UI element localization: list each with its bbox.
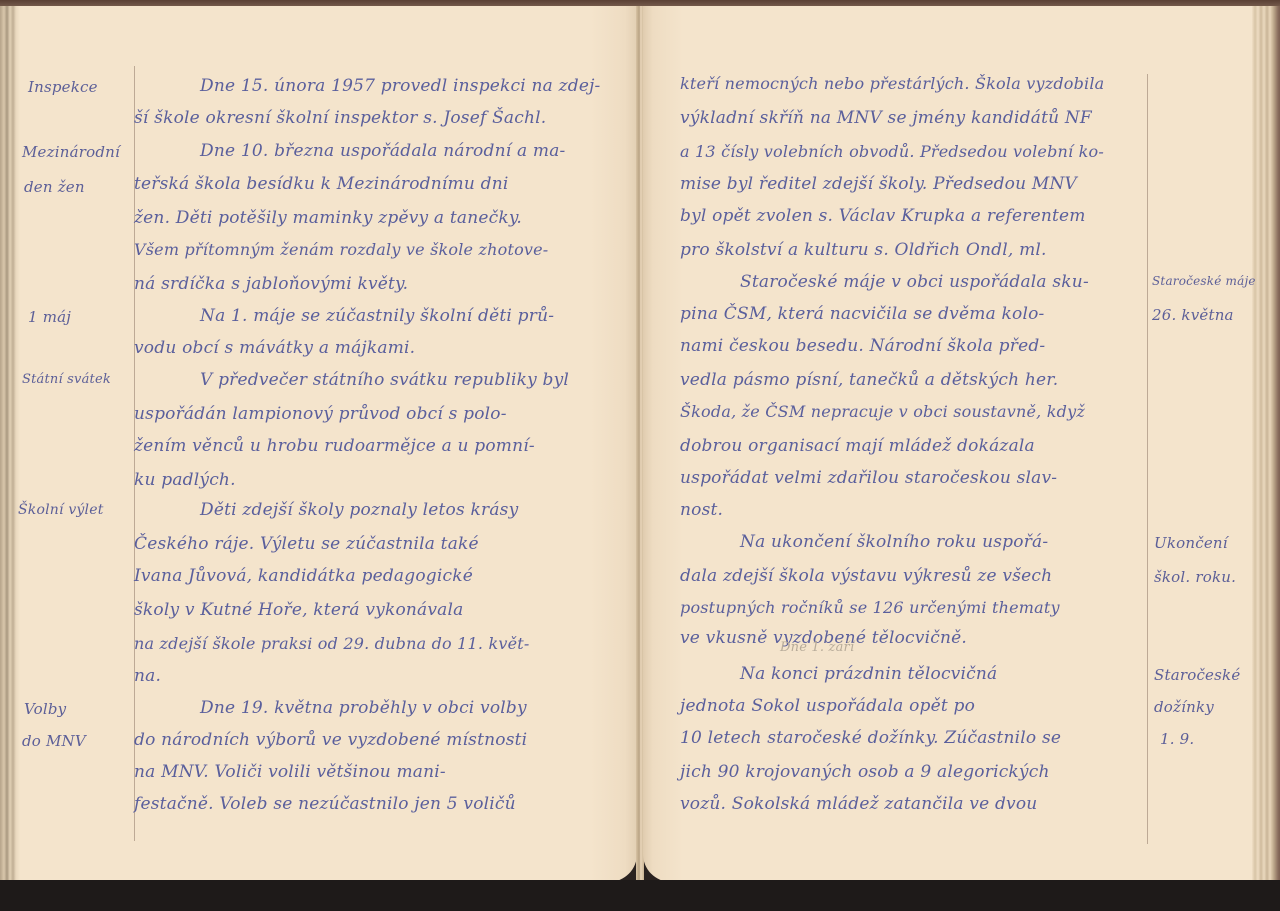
text-line: mise byl ředitel zdejší školy. Předsedou…	[680, 174, 1077, 194]
book-cover-bottom-edge	[0, 880, 1280, 911]
margin-note: Staročeské máje	[1152, 274, 1256, 288]
text-line: pro školství a kulturu s. Oldřich Ondl, …	[680, 240, 1047, 260]
text-line: nami českou besedu. Národní škola před-	[680, 336, 1045, 356]
text-line: Ivana Jůvová, kandidátka pedagogické	[134, 566, 473, 586]
text-line: nost.	[680, 500, 723, 520]
text-line: postupných ročníků se 126 určenými thema…	[680, 598, 1060, 617]
text-line: ná srdíčka s jabloňovými květy.	[134, 274, 408, 294]
text-line: jednota Sokol uspořádala opět po	[680, 696, 975, 716]
margin-note: Inspekce	[28, 78, 98, 96]
text-line: pina ČSM, která nacvičila se dvěma kolo-	[680, 304, 1044, 324]
text-line: Na 1. máje se zúčastnily školní děti prů…	[200, 306, 554, 326]
right-margin-rule	[1147, 74, 1148, 844]
margin-note: 1 máj	[28, 308, 71, 326]
text-line: 10 letech staročeské dožínky. Zúčastnilo…	[680, 728, 1061, 748]
margin-note: Státní svátek	[22, 372, 111, 387]
text-line: Dne 10. března uspořádala národní a ma-	[200, 141, 566, 161]
text-line: do národních výborů ve vyzdobené místnos…	[134, 730, 527, 750]
text-line: ku padlých.	[134, 470, 236, 490]
margin-note: škol. roku.	[1154, 568, 1236, 586]
text-line: ší škole okresní školní inspektor s. Jos…	[134, 108, 546, 128]
margin-note: 26. května	[1152, 306, 1234, 324]
text-line: a 13 čísly volebních obvodů. Předsedou v…	[680, 142, 1104, 161]
text-line: uspořádat velmi zdařilou staročeskou sla…	[680, 468, 1057, 488]
text-line: festačně. Voleb se nezúčastnilo jen 5 vo…	[134, 794, 516, 814]
text-line: dobrou organisací mají mládež dokázala	[680, 436, 1035, 456]
text-line: výkladní skříň na MNV se jmény kandidátů…	[680, 108, 1092, 128]
text-line: vodu obcí s mávátky a májkami.	[134, 338, 415, 358]
text-line: Na konci prázdnin tělocvičná	[740, 664, 997, 684]
text-line: na zdejší škole praksi od 29. dubna do 1…	[134, 634, 530, 653]
text-line: Dne 19. května proběhly v obci volby	[200, 698, 527, 718]
margin-note: Ukončení	[1154, 534, 1228, 552]
margin-note: dožínky	[1154, 698, 1214, 716]
text-line: vozů. Sokolská mládež zatančila ve dvou	[680, 794, 1037, 814]
text-line: Děti zdejší školy poznaly letos krásy	[200, 500, 518, 520]
text-line: Českého ráje. Výletu se zúčastnila také	[134, 534, 479, 554]
text-line: uspořádán lampionový průvod obcí s polo-	[134, 404, 507, 424]
text-line: žením věnců u hrobu rudoarmějce a u pomn…	[134, 436, 535, 456]
text-line: byl opět zvolen s. Václav Krupka a refer…	[680, 206, 1086, 226]
text-line: V předvečer státního svátku republiky by…	[200, 370, 569, 390]
margin-note: 1. 9.	[1160, 730, 1194, 748]
margin-note: Školní výlet	[18, 502, 104, 518]
text-line: Dne 15. února 1957 provedl inspekci na z…	[200, 76, 601, 96]
margin-note: Volby	[24, 700, 66, 718]
margin-note: den žen	[24, 178, 85, 196]
text-line: kteří nemocných nebo přestárlých. Škola …	[680, 74, 1104, 93]
text-line: jich 90 krojovaných osob a 9 alegorickýc…	[680, 762, 1050, 782]
margin-note: do MNV	[22, 732, 86, 750]
text-line: žen. Děti potěšily maminky zpěvy a taneč…	[134, 208, 522, 228]
text-line: teřská škola besídku k Mezinárodnímu dni	[134, 174, 508, 194]
pencil-annotation: Dne 1. září	[780, 640, 854, 655]
margin-note: Staročeské	[1154, 666, 1240, 684]
text-line: Staročeské máje v obci uspořádala sku-	[740, 272, 1089, 292]
text-line: Škoda, že ČSM nepracuje v obci soustavně…	[680, 402, 1085, 421]
text-line: školy v Kutné Hoře, která vykonávala	[134, 600, 464, 620]
text-line: dala zdejší škola výstavu výkresů ze vše…	[680, 566, 1052, 586]
text-line: na MNV. Voliči volili většinou mani-	[134, 762, 446, 782]
text-line: Všem přítomným ženám rozdaly ve škole zh…	[134, 240, 548, 259]
margin-note: Mezinárodní	[22, 143, 120, 161]
text-line: vedla pásmo písní, tanečků a dětských he…	[680, 370, 1058, 390]
text-line: na.	[134, 666, 161, 686]
text-line: Na ukončení školního roku uspořá-	[740, 532, 1048, 552]
